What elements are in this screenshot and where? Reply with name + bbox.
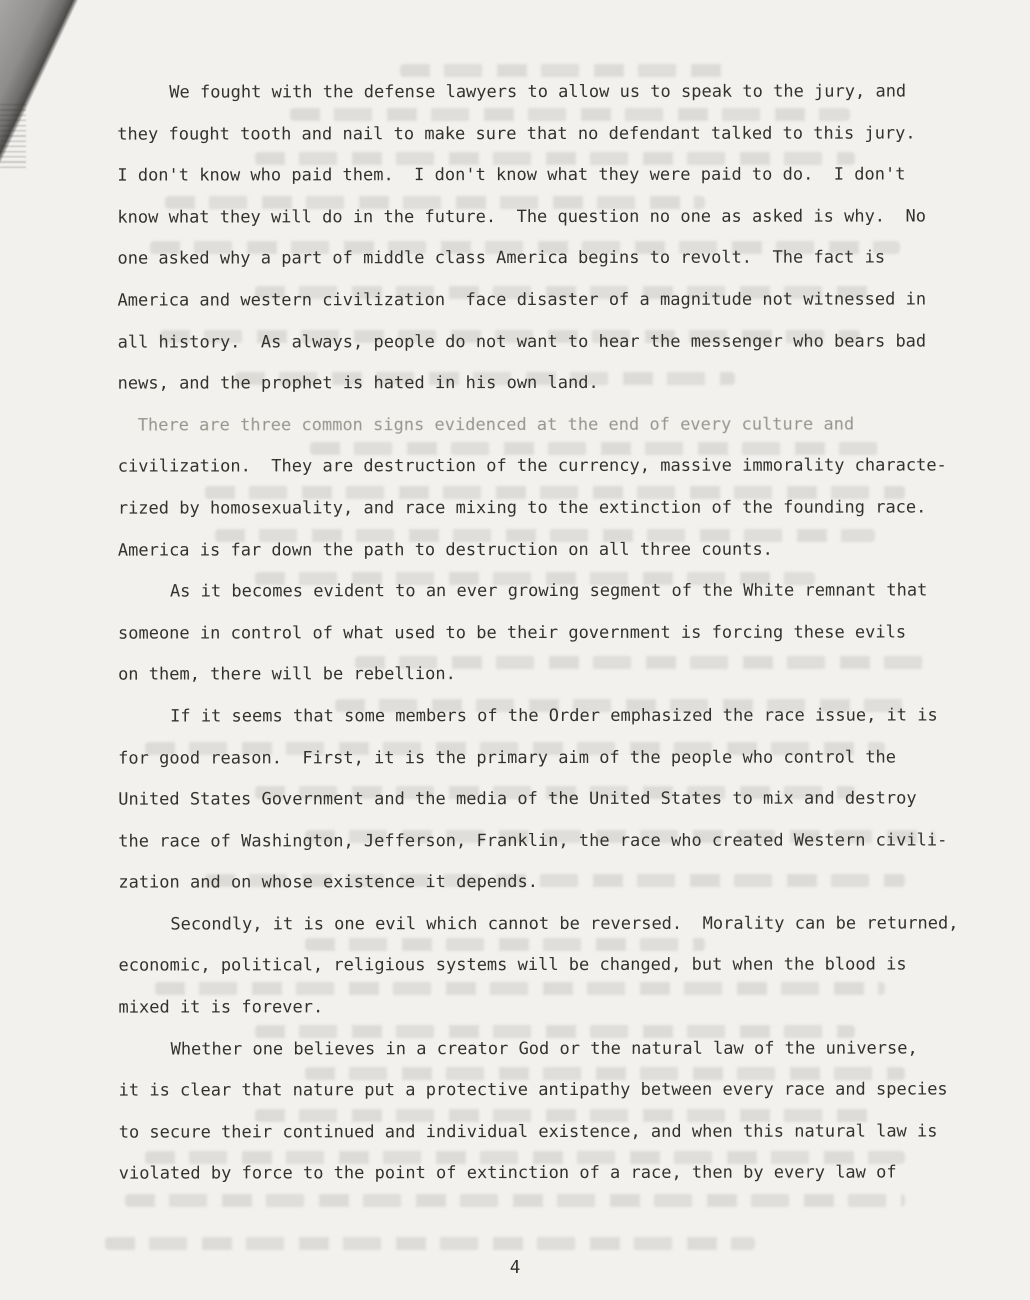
text-line: economic, political, religious systems w… <box>118 945 978 988</box>
document-text: We fought with the defense lawyers to al… <box>117 71 979 1195</box>
text-line: on them, there will be rebellion. <box>118 654 978 697</box>
text-line: civilization. They are destruction of th… <box>118 446 978 489</box>
text-line: violated by force to the point of extinc… <box>119 1153 979 1196</box>
text-line: I don't know who paid them. I don't know… <box>117 155 977 198</box>
text-line: the race of Washington, Jefferson, Frank… <box>118 820 978 863</box>
text-line: it is clear that nature put a protective… <box>119 1070 979 1113</box>
text-line: news, and the prophet is hated in his ow… <box>118 363 978 406</box>
text-line: Secondly, it is one evil which cannot be… <box>118 903 978 946</box>
page-number: 4 <box>0 1258 1030 1278</box>
text-line: America and western civilization face di… <box>118 279 978 322</box>
text-line: know what they will do in the future. Th… <box>117 196 977 239</box>
text-line: someone in control of what used to be th… <box>118 612 978 655</box>
text-line: they fought tooth and nail to make sure … <box>117 113 977 156</box>
text-line: We fought with the defense lawyers to al… <box>117 71 977 114</box>
text-line: There are three common signs evidenced a… <box>118 404 978 447</box>
page-corner-fold <box>0 0 100 195</box>
text-line: all history. As always, people do not wa… <box>118 321 978 364</box>
text-line: As it becomes evident to an ever growing… <box>118 571 978 614</box>
text-line: zation and on whose existence it depends… <box>118 862 978 905</box>
text-line: mixed it is forever. <box>118 986 978 1029</box>
scanned-document-page: We fought with the defense lawyers to al… <box>0 0 1030 1300</box>
ghost-text-line <box>125 1194 905 1207</box>
ghost-text-line <box>105 1237 755 1250</box>
text-line: for good reason. First, it is the primar… <box>118 737 978 780</box>
text-line: If it seems that some members of the Ord… <box>118 695 978 738</box>
text-line: one asked why a part of middle class Ame… <box>117 238 977 281</box>
page-corner-ripples <box>0 104 26 168</box>
text-line: rized by homosexuality, and race mixing … <box>118 487 978 530</box>
text-line: to secure their continued and individual… <box>119 1111 979 1154</box>
text-line: United States Government and the media o… <box>118 778 978 821</box>
text-line: America is far down the path to destruct… <box>118 529 978 572</box>
text-line: Whether one believes in a creator God or… <box>119 1028 979 1071</box>
